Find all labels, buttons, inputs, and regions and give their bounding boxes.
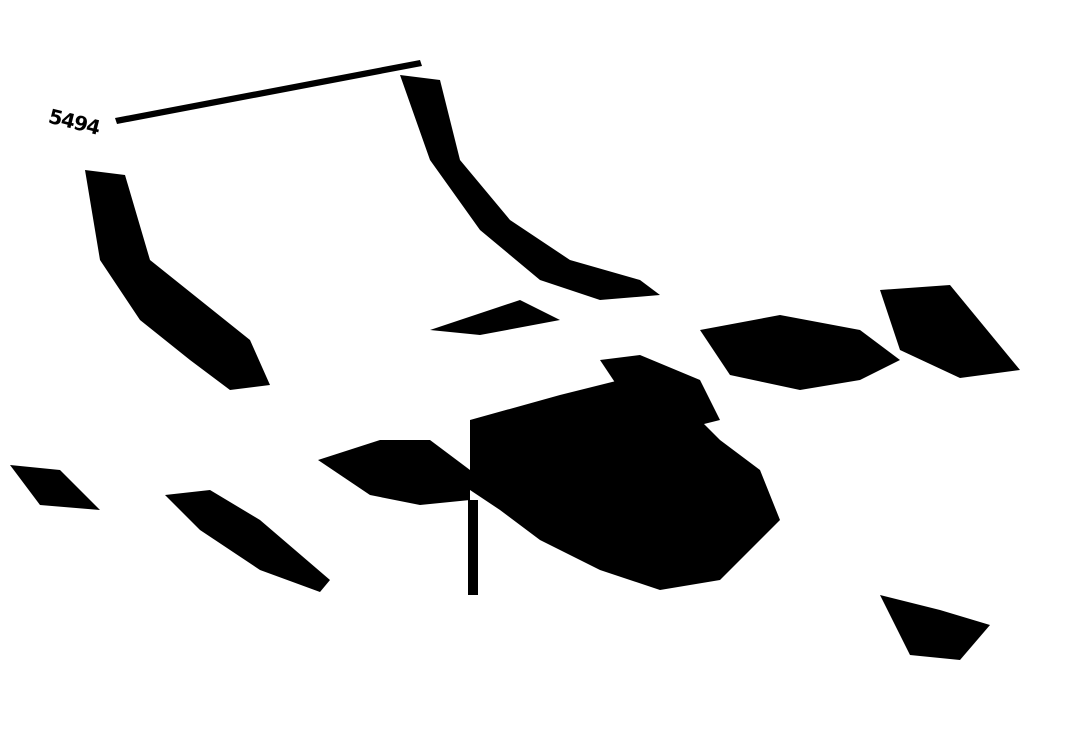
fuselage-body <box>470 380 780 590</box>
left-tail-fin <box>85 170 270 390</box>
right-tail-fin <box>400 75 660 300</box>
left-nacelle <box>318 440 470 505</box>
right-nacelle <box>700 315 900 390</box>
aircraft-silhouette <box>0 0 1080 754</box>
wing-root-shadow <box>430 300 560 335</box>
right-wingtip-shadow <box>880 285 1020 378</box>
stabilizer-edge <box>115 60 422 124</box>
left-wingtip-shadow <box>10 465 100 510</box>
right-boom-tail <box>880 595 990 660</box>
propeller-blade <box>468 500 478 595</box>
left-boom <box>165 490 330 592</box>
